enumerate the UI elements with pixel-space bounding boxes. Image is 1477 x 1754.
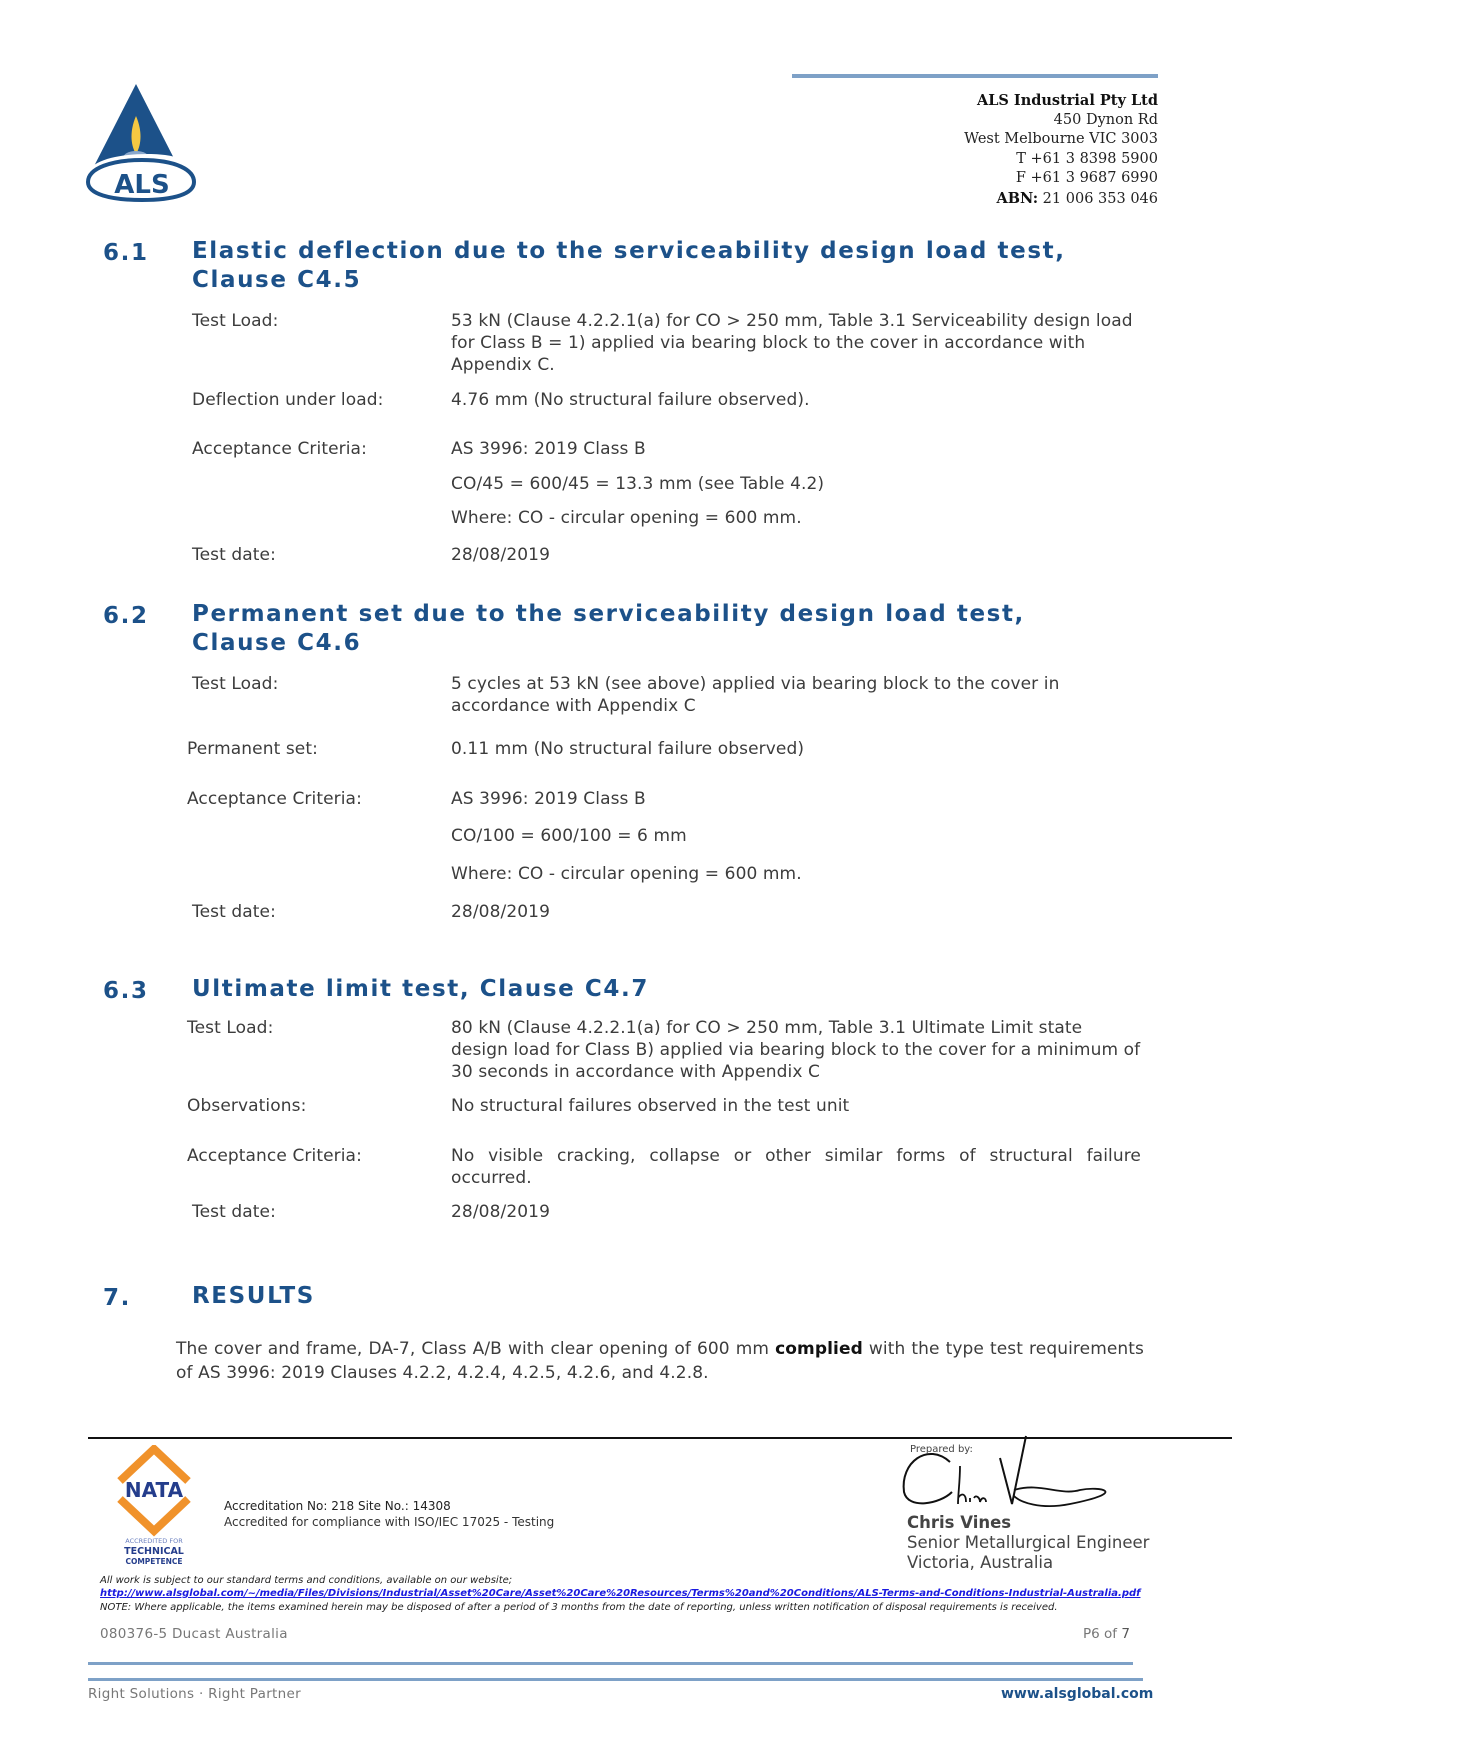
section-number: 6.2 [103,603,149,629]
address-line1: 450 Dynon Rd [964,111,1158,131]
company-name: ALS Industrial Pty Ltd [964,91,1158,111]
tagline: Right Solutions · Right Partner [88,1686,301,1702]
results-title: RESULTS [192,1282,315,1311]
terms-link[interactable]: http://www.alsglobal.com/~/media/Files/D… [100,1588,1140,1599]
address-line2: West Melbourne VIC 3003 [964,130,1158,150]
test-date-value: 28/08/2019 [451,1201,1141,1223]
page-footer-rule [88,1662,1133,1665]
test-date-label: Test date: [192,1201,276,1223]
accreditation-scope: Accredited for compliance with ISO/IEC 1… [224,1515,554,1529]
criteria-label: Acceptance Criteria: [187,1145,362,1167]
criteria-label: Acceptance Criteria: [187,788,362,810]
results-paragraph: The cover and frame, DA-7, Class A/B wit… [176,1337,1144,1385]
deflection-value: 4.76 mm (No structural failure observed)… [451,389,1141,411]
signer-location: Victoria, Australia [907,1553,1053,1572]
results-number: 7. [103,1285,131,1311]
abn-label: ABN: [996,190,1038,207]
observations-label: Observations: [187,1095,306,1117]
abn: ABN: 21 006 353 046 [964,189,1158,210]
criteria-line: AS 3996: 2019 Class B [451,438,1141,460]
criteria-line: Where: CO - circular opening = 600 mm. [451,507,1141,529]
signer-name: Chris Vines [907,1513,1011,1532]
permanent-set-label: Permanent set: [187,738,318,760]
terms-text: All work is subject to our standard term… [100,1575,512,1586]
accreditation-number: Accreditation No: 218 Site No.: 14308 [224,1499,451,1513]
test-load-label: Test Load: [192,673,278,695]
nata-logo: NATA ACCREDITED FOR TECHNICAL COMPETENCE [112,1445,196,1567]
website-link[interactable]: www.alsglobal.com [1001,1686,1153,1702]
test-date-label: Test date: [192,901,276,923]
permanent-set-value: 0.11 mm (No structural failure observed) [451,738,1141,760]
company-address: ALS Industrial Pty Ltd 450 Dynon Rd West… [964,91,1158,209]
document-reference: 080376-5 Ducast Australia [100,1626,288,1642]
test-date-value: 28/08/2019 [451,901,1141,923]
section-number: 6.3 [103,978,149,1004]
bottom-rule [88,1678,1143,1681]
section-title: Elastic deflection due to the serviceabi… [192,237,1066,295]
section-title: Ultimate limit test, Clause C4.7 [192,975,649,1004]
fax: F +61 3 9687 6990 [964,169,1158,189]
phone: T +61 3 8398 5900 [964,150,1158,170]
test-date-value: 28/08/2019 [451,544,1141,566]
nata-text: NATA [125,1478,184,1502]
svg-text:TECHNICAL: TECHNICAL [124,1546,184,1557]
criteria-line: AS 3996: 2019 Class B [451,788,1141,810]
test-date-label: Test date: [192,544,276,566]
section-number: 6.1 [103,240,149,266]
test-load-label: Test Load: [192,310,278,332]
criteria-line: CO/100 = 600/100 = 6 mm [451,825,1141,847]
observations-value: No structural failures observed in the t… [451,1095,1141,1117]
criteria-line: CO/45 = 600/45 = 13.3 mm (see Table 4.2) [451,473,1141,495]
test-load-value: 5 cycles at 53 kN (see above) applied vi… [451,673,1141,717]
deflection-label: Deflection under load: [192,389,383,411]
test-load-label: Test Load: [187,1017,273,1039]
svg-text:ACCREDITED FOR: ACCREDITED FOR [125,1537,183,1545]
criteria-line: Where: CO - circular opening = 600 mm. [451,863,1141,885]
test-load-value: 80 kN (Clause 4.2.2.1(a) for CO > 250 mm… [451,1017,1141,1083]
prepared-by-label: Prepared by: [910,1444,973,1455]
svg-text:COMPETENCE: COMPETENCE [125,1557,182,1566]
section-title: Permanent set due to the serviceability … [192,600,1025,658]
criteria-value: No visible cracking, collapse or other s… [451,1145,1141,1189]
complied-emphasis: complied [775,1339,863,1359]
als-logo: ALS [84,82,212,206]
disposal-note: NOTE: Where applicable, the items examin… [100,1602,1058,1613]
signer-title: Senior Metallurgical Engineer [907,1533,1149,1552]
abn-value: 21 006 353 046 [1038,191,1158,207]
logo-text: ALS [114,170,169,200]
test-load-value: 53 kN (Clause 4.2.2.1(a) for CO > 250 mm… [451,310,1141,376]
page-number: P6 of 7 [1083,1626,1130,1642]
criteria-label: Acceptance Criteria: [192,438,367,460]
header-rule [792,74,1158,78]
